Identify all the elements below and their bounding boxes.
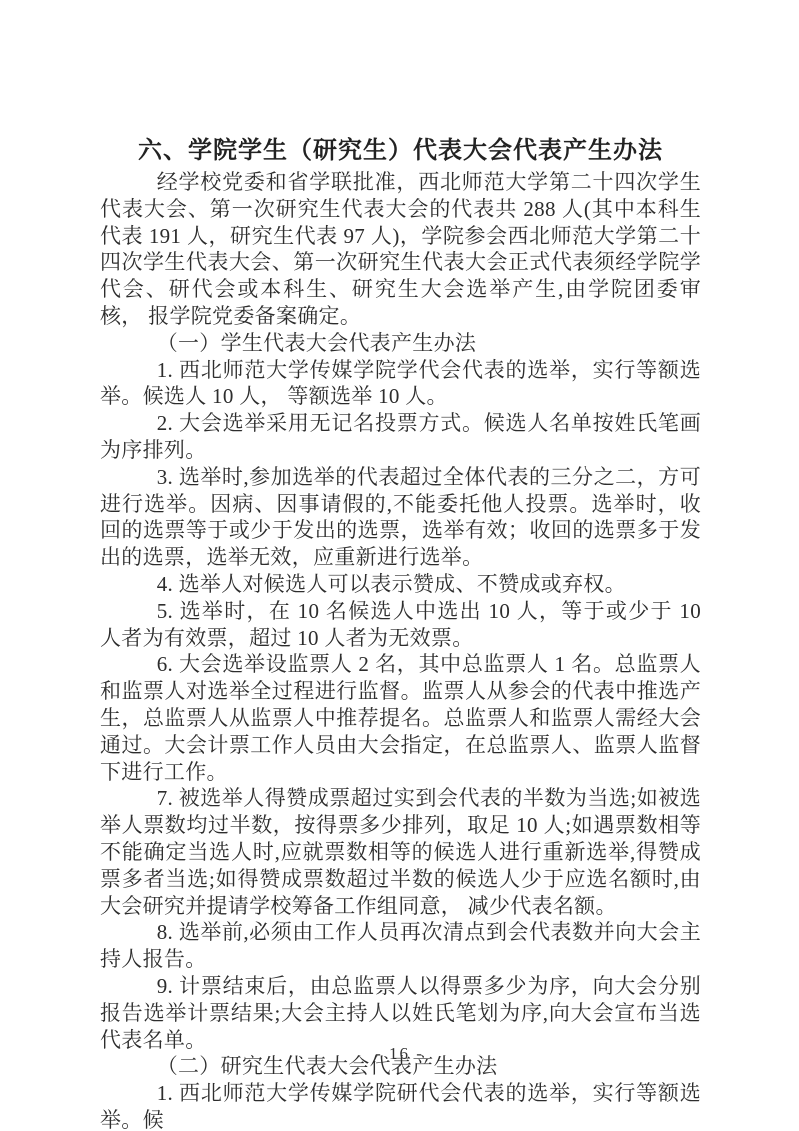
paragraph: 2. 大会选举采用无记名投票方式。候选人名单按姓氏笔画为序排列。 bbox=[100, 410, 701, 464]
paragraph: （一）学生代表大会代表产生办法 bbox=[100, 330, 701, 357]
document-page: 六、学院学生（研究生）代表大会代表产生办法 经学校党委和省学联批准，西北师范大学… bbox=[0, 0, 799, 1131]
paragraph: 4. 选举人对候选人可以表示赞成、不赞成或弃权。 bbox=[100, 571, 701, 598]
paragraph: 经学校党委和省学联批准，西北师范大学第二十四次学生代表大会、第一次研究生代表大会… bbox=[100, 169, 701, 330]
document-body: 经学校党委和省学联批准，西北师范大学第二十四次学生代表大会、第一次研究生代表大会… bbox=[100, 169, 701, 1131]
paragraph: 9. 计票结束后，由总监票人以得票多少为序，向大会分别报告选举计票结果;大会主持… bbox=[100, 973, 701, 1053]
paragraph: 6. 大会选举设监票人 2 名，其中总监票人 1 名。总监票人和监票人对选举全过… bbox=[100, 651, 701, 785]
paragraph: 8. 选举前,必须由工作人员再次清点到会代表数并向大会主持人报告。 bbox=[100, 919, 701, 973]
document-title: 六、学院学生（研究生）代表大会代表产生办法 bbox=[100, 136, 701, 166]
paragraph: 3. 选举时,参加选举的代表超过全体代表的三分之二，方可进行选举。因病、因事请假… bbox=[100, 464, 701, 571]
paragraph: 1. 西北师范大学传媒学院研代会代表的选举，实行等额选举。候 bbox=[100, 1080, 701, 1131]
page-number: - 16 - bbox=[0, 1044, 799, 1064]
paragraph: 1. 西北师范大学传媒学院学代会代表的选举，实行等额选举。候选人 10 人， 等… bbox=[100, 357, 701, 411]
paragraph: 7. 被选举人得赞成票超过实到会代表的半数为当选;如被选举人票数均过半数，按得票… bbox=[100, 785, 701, 919]
paragraph: 5. 选举时，在 10 名候选人中选出 10 人，等于或少于 10 人者为有效票… bbox=[100, 598, 701, 652]
